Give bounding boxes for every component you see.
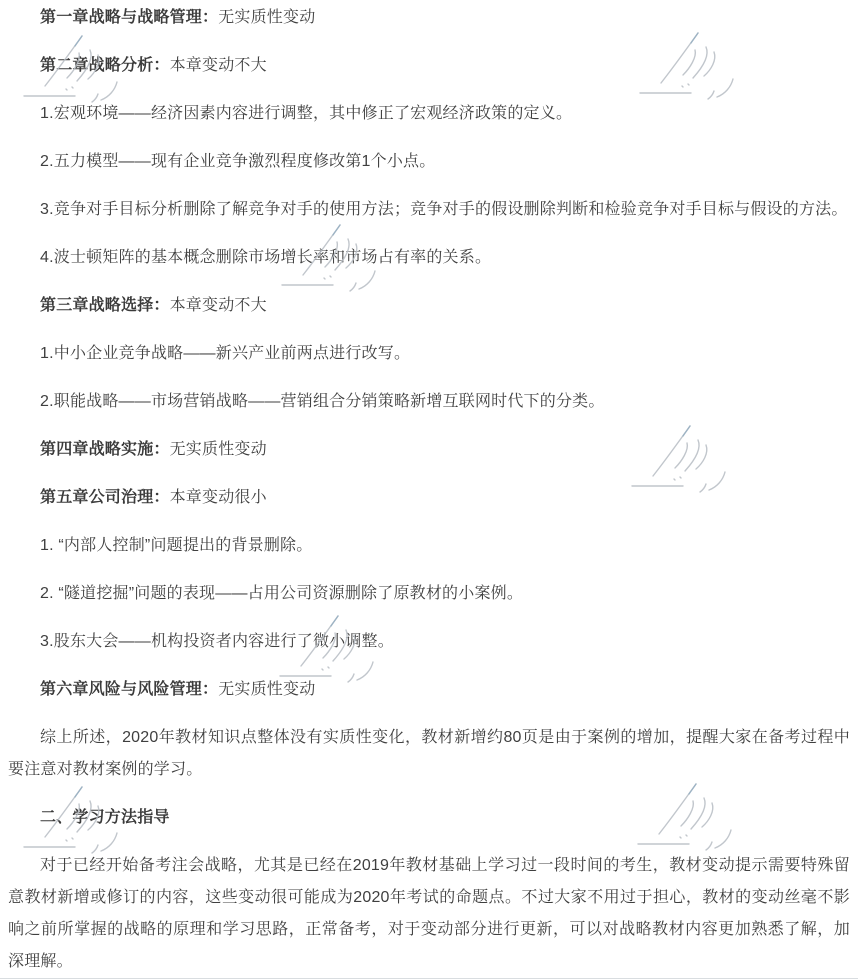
- heading-chapter-4-value: 无实质性变动: [170, 441, 267, 458]
- heading-chapter-4-label: 第四章战略实施：: [40, 441, 170, 458]
- heading-chapter-2-label: 第二章战略分析：: [40, 57, 170, 74]
- chapter-2-item-1: 1.宏观环境——经济因素内容进行调整，其中修正了宏观经济政策的定义。: [8, 98, 850, 130]
- study-guidance-paragraph: 对于已经开始备考注会战略，尤其是已经在2019年教材基础上学习过一段时间的考生，…: [8, 850, 850, 978]
- heading-chapter-6: 第六章风险与风险管理：无实质性变动: [8, 674, 850, 706]
- heading-chapter-3: 第三章战略选择：本章变动不大: [8, 290, 850, 322]
- chapter-2-item-3: 3.竞争对手目标分析删除了解竞争对手的使用方法；竞争对手的假设删除判断和检验竞争…: [8, 194, 850, 226]
- chapter-5-item-1: 1. “内部人控制”问题提出的背景删除。: [8, 530, 850, 562]
- heading-chapter-5-label: 第五章公司治理：: [40, 489, 170, 506]
- heading-chapter-4: 第四章战略实施：无实质性变动: [8, 434, 850, 466]
- heading-chapter-1-value: 无实质性变动: [218, 9, 315, 26]
- document-page: 第一章战略与战略管理：无实质性变动第二章战略分析：本章变动不大1.宏观环境——经…: [0, 0, 858, 979]
- heading-chapter-5: 第五章公司治理：本章变动很小: [8, 482, 850, 514]
- chapter-3-item-1: 1.中小企业竞争战略——新兴产业前两点进行改写。: [8, 338, 850, 370]
- summary-paragraph: 综上所述，2020年教材知识点整体没有实质性变化，教材新增约80页是由于案例的增…: [8, 722, 850, 786]
- heading-chapter-2-value: 本章变动不大: [170, 57, 267, 74]
- heading-section-2-label: 二、学习方法指导: [40, 809, 170, 826]
- heading-chapter-5-value: 本章变动很小: [170, 489, 267, 506]
- heading-chapter-3-label: 第三章战略选择：: [40, 297, 170, 314]
- heading-chapter-3-value: 本章变动不大: [170, 297, 267, 314]
- heading-chapter-2: 第二章战略分析：本章变动不大: [8, 50, 850, 82]
- heading-chapter-6-value: 无实质性变动: [218, 681, 315, 698]
- document-content: 第一章战略与战略管理：无实质性变动第二章战略分析：本章变动不大1.宏观环境——经…: [8, 2, 850, 978]
- heading-chapter-6-label: 第六章风险与风险管理：: [40, 681, 218, 698]
- heading-section-2: 二、学习方法指导: [8, 802, 850, 834]
- chapter-5-item-2: 2. “隧道挖掘”问题的表现——占用公司资源删除了原教材的小案例。: [8, 578, 850, 610]
- heading-chapter-1: 第一章战略与战略管理：无实质性变动: [8, 2, 850, 34]
- chapter-5-item-3: 3.股东大会——机构投资者内容进行了微小调整。: [8, 626, 850, 658]
- chapter-3-item-2: 2.职能战略——市场营销战略——营销组合分销策略新增互联网时代下的分类。: [8, 386, 850, 418]
- heading-chapter-1-label: 第一章战略与战略管理：: [40, 9, 218, 26]
- chapter-2-item-4: 4.波士顿矩阵的基本概念删除市场增长率和市场占有率的关系。: [8, 242, 850, 274]
- chapter-2-item-2: 2.五力模型——现有企业竞争激烈程度修改第1个小点。: [8, 146, 850, 178]
